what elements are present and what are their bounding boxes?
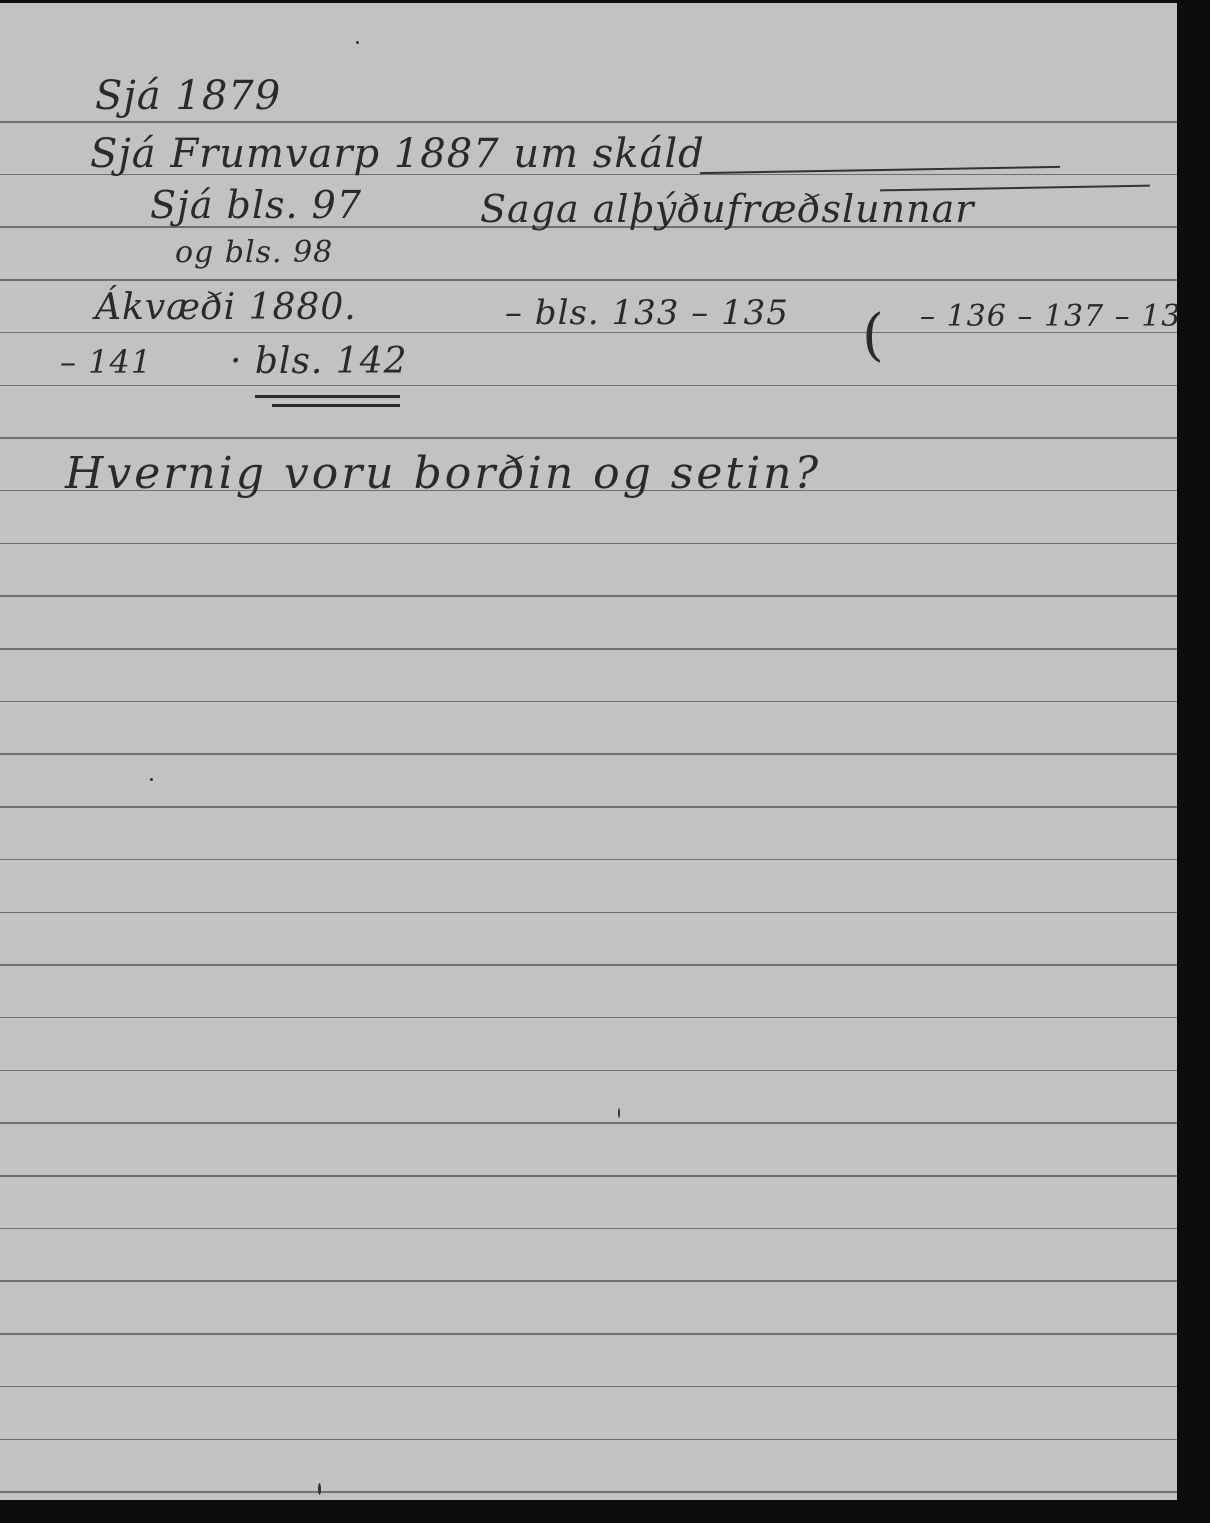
double-underline-top — [255, 395, 400, 398]
ruled-line — [0, 1175, 1177, 1177]
ruled-line — [0, 385, 1177, 387]
ruled-line — [0, 753, 1177, 755]
ruled-line — [0, 279, 1177, 281]
ruled-line — [0, 1017, 1177, 1019]
ruled-line — [0, 1228, 1177, 1230]
ruled-line — [0, 437, 1177, 439]
handwritten-line-6-bls: · bls. 142 — [230, 341, 408, 382]
double-underline-bottom — [272, 404, 400, 407]
ruled-line — [0, 1280, 1177, 1282]
handwritten-line-3-reference: Sjá bls. 97 — [150, 183, 362, 227]
ink-speck — [618, 1108, 620, 1118]
ruled-line — [0, 701, 1177, 703]
handwritten-line-3-title: Saga alþýðufræðslunnar — [480, 187, 974, 231]
ruled-line — [0, 1491, 1177, 1493]
ruled-line — [0, 1070, 1177, 1072]
ruled-line — [0, 595, 1177, 597]
handwritten-line-5-akvaedi: Ákvæði 1880. — [95, 287, 357, 328]
ruled-line — [0, 1439, 1177, 1441]
ink-speck — [318, 1483, 321, 1495]
ruled-line — [0, 1386, 1177, 1388]
manuscript-page: Sjá 1879 Sjá Frumvarp 1887 um skáld Sjá … — [0, 3, 1177, 1500]
handwritten-line-2: Sjá Frumvarp 1887 um skáld — [90, 131, 705, 177]
handwritten-line-1: Sjá 1879 — [95, 73, 281, 119]
handwritten-line-5-more-pages: – 136 – 137 – 138 — [920, 299, 1201, 334]
scan-border — [1177, 0, 1210, 1523]
ruled-line — [0, 859, 1177, 861]
ink-speck — [356, 41, 359, 44]
ruled-line — [0, 543, 1177, 545]
ruled-line — [0, 964, 1177, 966]
ruled-line — [0, 121, 1177, 123]
ink-speck — [150, 778, 153, 781]
handwritten-line-6-page: – 141 — [60, 343, 152, 381]
ruled-line — [0, 648, 1177, 650]
handwritten-line-5-pages: – bls. 133 – 135 — [505, 293, 789, 333]
ruled-line — [0, 912, 1177, 914]
handwritten-question: Hvernig voru borðin og setin? — [65, 448, 821, 499]
ruled-line — [0, 806, 1177, 808]
bracket-mark: ( — [862, 303, 884, 368]
ruled-line — [0, 1333, 1177, 1335]
handwritten-line-4: og bls. 98 — [175, 235, 333, 270]
ruled-line — [0, 1122, 1177, 1124]
